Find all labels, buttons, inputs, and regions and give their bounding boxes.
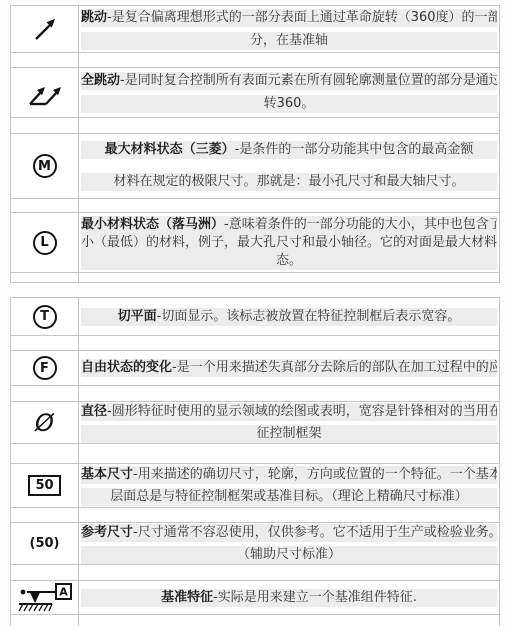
empty-cell — [79, 565, 499, 580]
definition-line: 自由状态的变化-是一个用来描述失真部分去除后的部队在加工过程中的应用 — [81, 359, 497, 377]
basic-dimension-box-icon: 50 — [28, 475, 60, 496]
spacer-row — [11, 615, 499, 626]
symbol-cell — [11, 615, 79, 626]
symbol-cell — [11, 199, 79, 212]
gdt-symbol-table-upper: 跳动-是复合偏离理想形式的一部分表面上通过革命旋转（360度）的一部 分，在基准… — [10, 5, 500, 283]
definition-line: 材料在规定的极限尺寸。那就是：最小孔尺寸和最大轴尺寸。 — [81, 173, 497, 191]
table-row: L 最小材料状态（落马洲）-意味着条件的一部分功能的大小，其中也包含了最 小（最… — [11, 213, 499, 273]
symbol-cell: M — [11, 134, 79, 198]
empty-cell — [79, 615, 499, 626]
definition-line: 最大材料状态（三菱）-是条件的一部分功能其中包含的最高金额 — [81, 141, 497, 159]
symbol-cell: A — [11, 581, 79, 614]
definition-line: 态。 — [81, 252, 497, 270]
term-label: 切平面 — [118, 309, 157, 324]
definition-text: -是复合偏离理想形式的一部分表面上通过革命旋转（360度）的一部 — [107, 10, 497, 25]
circled-m-icon: M — [33, 154, 57, 178]
table-row: F 自由状态的变化-是一个用来描述失真部分去除后的部队在加工过程中的应用 — [11, 351, 499, 386]
definition-line: 参考尺寸-尺寸通常不容忍使用，仅供参考。它不适用于生产或检验业务。 — [81, 524, 497, 542]
spacer-row — [11, 199, 499, 213]
definition-cell: 基准特征-实际是用来建立一个基准组件特征. — [79, 581, 499, 614]
datum-letter: A — [59, 585, 68, 598]
definition-cell: 切平面-切面显示。该标志被放置在特征控制框后表示宽容。 — [79, 298, 499, 335]
definition-line: 分，在基准轴 — [81, 32, 497, 50]
definition-text: -实际是用来建立一个基准组件特征. — [213, 590, 417, 605]
table-row: M 最大材料状态（三菱）-是条件的一部分功能其中包含的最高金额 材料在规定的极限… — [11, 134, 499, 199]
definition-line: （辅助尺寸标准） — [81, 546, 497, 564]
circled-f-icon: F — [33, 356, 57, 380]
gdt-symbol-table-lower: T 切平面-切面显示。该标志被放置在特征控制框后表示宽容。 F 自由状态的变化-… — [10, 297, 500, 626]
definition-cell: 跳动-是复合偏离理想形式的一部分表面上通过革命旋转（360度）的一部 分，在基准… — [79, 6, 499, 52]
empty-cell — [79, 118, 499, 133]
diameter-icon: Ø — [35, 411, 54, 435]
definition-line: 基准特征-实际是用来建立一个基准组件特征. — [81, 589, 497, 607]
definition-text: -是同时复合控制所有表面元素在所有圆轮廓测量位置的部分是通过旋 — [120, 73, 497, 88]
definition-text: -是一个用来描述失真部分去除后的部队在加工过程中的应用 — [172, 360, 497, 375]
term-label: 跳动 — [81, 10, 107, 25]
definition-line: 小（最低）的材料，例子，最大孔尺寸和最小轴径。它的对面是最大材料状 — [81, 234, 497, 252]
term-label: 最小材料状态（落马洲） — [81, 217, 224, 232]
symbol-cell — [11, 68, 79, 117]
symbol-letter: T — [40, 310, 49, 323]
empty-cell — [79, 273, 499, 282]
definition-text: -切面显示。该标志被放置在特征控制框后表示宽容。 — [157, 309, 461, 324]
total-runout-icon — [25, 78, 65, 108]
definition-cell: 直径-圆形特征时使用的显示领域的绘图或表明，宽容是针锋相对的当用在特 征控制框架 — [79, 402, 499, 443]
symbol-cell: F — [11, 351, 79, 385]
symbol-cell: Ø — [11, 402, 79, 443]
symbol-letter: L — [40, 236, 48, 249]
symbol-cell — [11, 386, 79, 401]
definition-cell: 参考尺寸-尺寸通常不容忍使用，仅供参考。它不适用于生产或检验业务。 （辅助尺寸标… — [79, 523, 499, 564]
symbol-cell: (50) — [11, 523, 79, 564]
symbol-cell — [11, 53, 79, 67]
definition-line: 直径-圆形特征时使用的显示领域的绘图或表明，宽容是针锋相对的当用在特 — [81, 403, 497, 421]
table-row: 跳动-是复合偏离理想形式的一部分表面上通过革命旋转（360度）的一部 分，在基准… — [11, 6, 499, 53]
symbol-cell — [11, 444, 79, 463]
spacer-row — [11, 336, 499, 351]
symbol-letter: F — [40, 362, 49, 375]
term-label: 全跳动 — [81, 73, 120, 88]
definition-cell: 最大材料状态（三菱）-是条件的一部分功能其中包含的最高金额 材料在规定的极限尺寸… — [79, 134, 499, 198]
term-label: 最大材料状态（三菱） — [105, 142, 235, 157]
symbol-cell: T — [11, 298, 79, 335]
definition-line: 转360。 — [81, 95, 497, 113]
datum-feature-icon: A — [16, 582, 74, 614]
term-label: 基本尺寸 — [81, 467, 133, 482]
definition-cell: 全跳动-是同时复合控制所有表面元素在所有圆轮廓测量位置的部分是通过旋 转360。 — [79, 68, 499, 117]
symbol-cell — [11, 336, 79, 350]
definition-line: 基本尺寸-用来描述的确切尺寸，轮廓，方向或位置的一个特征。一个基本的 — [81, 466, 497, 484]
definition-line: 全跳动-是同时复合控制所有表面元素在所有圆轮廓测量位置的部分是通过旋 — [81, 72, 497, 90]
definition-line: 切平面-切面显示。该标志被放置在特征控制框后表示宽容。 — [81, 308, 497, 326]
empty-cell — [79, 444, 499, 463]
spacer-row — [11, 444, 499, 464]
circled-t-icon: T — [33, 305, 57, 329]
symbol-cell — [11, 565, 79, 580]
term-label: 基准特征 — [161, 590, 213, 605]
term-label: 直径 — [81, 404, 107, 419]
table-row: T 切平面-切面显示。该标志被放置在特征控制框后表示宽容。 — [11, 298, 499, 336]
definition-line: 最小材料状态（落马洲）-意味着条件的一部分功能的大小，其中也包含了最 — [81, 216, 497, 234]
symbol-letter: M — [38, 160, 51, 173]
table-row: 50 基本尺寸-用来描述的确切尺寸，轮廓，方向或位置的一个特征。一个基本的 层面… — [11, 464, 499, 508]
symbol-cell — [11, 508, 79, 522]
empty-cell — [79, 336, 499, 350]
definition-text: -是条件的一部分功能其中包含的最高金额 — [235, 142, 474, 157]
symbol-cell — [11, 273, 79, 282]
term-label: 参考尺寸 — [81, 525, 133, 540]
definition-line: 跳动-是复合偏离理想形式的一部分表面上通过革命旋转（360度）的一部 — [81, 9, 497, 27]
empty-cell — [79, 53, 499, 67]
runout-arrow-icon — [30, 14, 60, 44]
spacer-row — [11, 273, 499, 282]
symbol-cell — [11, 118, 79, 133]
circled-l-icon: L — [33, 231, 57, 255]
spacer-row — [11, 53, 499, 68]
empty-cell — [79, 508, 499, 522]
definition-line: 征控制框架 — [81, 425, 497, 443]
empty-cell — [79, 386, 499, 401]
empty-cell — [79, 199, 499, 212]
definition-line: 层面总是与特征控制框架或基准目标。（理论上精确尺寸标准） — [81, 488, 497, 506]
table-row: Ø 直径-圆形特征时使用的显示领域的绘图或表明，宽容是针锋相对的当用在特 征控制… — [11, 402, 499, 444]
definition-cell: 最小材料状态（落马洲）-意味着条件的一部分功能的大小，其中也包含了最 小（最低）… — [79, 213, 499, 272]
spacer-row — [11, 565, 499, 581]
spacer-row — [11, 386, 499, 402]
definition-text: -意味着条件的一部分功能的大小，其中也包含了最 — [224, 217, 497, 232]
table-row: (50) 参考尺寸-尺寸通常不容忍使用，仅供参考。它不适用于生产或检验业务。 （… — [11, 523, 499, 565]
symbol-cell: 50 — [11, 464, 79, 507]
reference-dimension-icon: (50) — [30, 536, 60, 551]
symbol-cell: L — [11, 213, 79, 272]
spacer-row — [11, 118, 499, 134]
definition-cell: 基本尺寸-用来描述的确切尺寸，轮廓，方向或位置的一个特征。一个基本的 层面总是与… — [79, 464, 499, 507]
table-row: A 基准特征-实际是用来建立一个基准组件特征. — [11, 581, 499, 615]
definition-text: -圆形特征时使用的显示领域的绘图或表明，宽容是针锋相对的当用在特 — [107, 404, 497, 419]
definition-cell: 自由状态的变化-是一个用来描述失真部分去除后的部队在加工过程中的应用 — [79, 351, 499, 385]
spacer-row — [11, 508, 499, 523]
definition-text: -用来描述的确切尺寸，轮廓，方向或位置的一个特征。一个基本的 — [133, 467, 497, 482]
table-row: 全跳动-是同时复合控制所有表面元素在所有圆轮廓测量位置的部分是通过旋 转360。 — [11, 68, 499, 118]
symbol-cell — [11, 6, 79, 52]
term-label: 自由状态的变化 — [81, 360, 172, 375]
definition-text: -尺寸通常不容忍使用，仅供参考。它不适用于生产或检验业务。 — [133, 525, 497, 540]
